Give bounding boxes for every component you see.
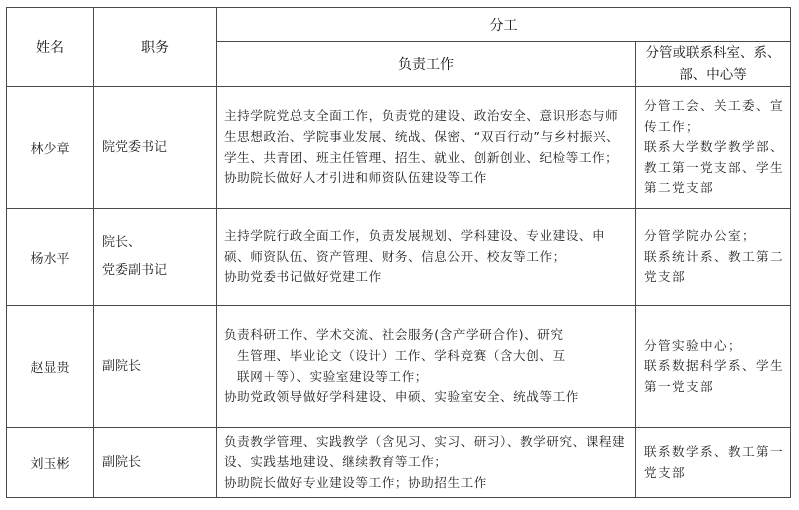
duty-item: 协助院长做好人才引进和师资队伍建设等工作 — [224, 168, 631, 189]
header-position: 职务 — [94, 8, 217, 87]
position-line: 院党委书记 — [102, 134, 216, 162]
header-units-line2: 部、中心等 — [636, 64, 790, 86]
cell-name: 赵显贵 — [7, 306, 94, 428]
duty-item: 协助党委书记做好党建工作 — [224, 267, 631, 288]
header-name: 姓名 — [7, 8, 94, 87]
cell-units: 分管学院办公室； 联系统计系、教工第二党支部 — [636, 209, 791, 306]
position-line: 副院长 — [102, 449, 216, 477]
cell-name: 杨水平 — [7, 209, 94, 306]
cell-units: 分管实验中心； 联系数据科学系、学生第一党支部 — [636, 306, 791, 428]
duty-item: 协助党政领导做好学科建设、申硕、实验室安全、统战等工作 — [224, 387, 631, 408]
cell-duties: 负责科研工作、学术交流、社会服务(含产学研合作)、研究 生管理、毕业论文（设计）… — [217, 306, 636, 428]
duty-item: 负责教学管理、实践教学（含见习、实习、研习）、教学研究、课程建设、实践基地建设、… — [224, 432, 631, 473]
position-line: 副院长 — [102, 353, 216, 381]
duty-item: 生管理、毕业论文（设计）工作、学科竞赛（含大创、互 — [224, 346, 631, 367]
header-duties: 负责工作 — [217, 42, 636, 87]
cell-name: 林少章 — [7, 87, 94, 209]
header-units: 分管或联系科室、系、 部、中心等 — [636, 42, 791, 87]
unit-item: 分管工会、关工委、宣传工作； — [644, 96, 786, 137]
cell-position: 院党委书记 — [94, 87, 217, 209]
position-line: 院长、 — [102, 229, 216, 257]
duty-item: 负责科研工作、学术交流、社会服务(含产学研合作)、研究 — [224, 325, 631, 346]
duty-item: 联网＋等）、实验室建设等工作； — [224, 367, 631, 388]
unit-item: 联系大学数学教学部、教工第一党支部、学生第二党支部 — [644, 137, 786, 199]
cell-units: 分管工会、关工委、宣传工作； 联系大学数学教学部、教工第一党支部、学生第二党支部 — [636, 87, 791, 209]
cell-position: 副院长 — [94, 306, 217, 428]
unit-item: 联系数据科学系、学生第一党支部 — [644, 356, 786, 397]
unit-item: 分管实验中心； — [644, 336, 786, 357]
cell-units: 联系数学系、教工第一党支部 — [636, 428, 791, 498]
cell-duties: 负责教学管理、实践教学（含见习、实习、研习）、教学研究、课程建设、实践基地建设、… — [217, 428, 636, 498]
table-row: 杨水平 院长、 党委副书记 主持学院行政全面工作，负责发展规划、学科建设、专业建… — [7, 209, 791, 306]
unit-item: 联系数学系、教工第一党支部 — [644, 442, 786, 483]
header-units-line1: 分管或联系科室、系、 — [636, 42, 790, 64]
duty-item: 主持学院行政全面工作，负责发展规划、学科建设、专业建设、申硕、师资队伍、资产管理… — [224, 226, 631, 267]
header-row-1: 姓名 职务 分工 — [7, 8, 791, 42]
duty-item: 主持学院党总支全面工作，负责党的建设、政治安全、意识形态与师生思想政治、学院事业… — [224, 106, 631, 168]
header-division: 分工 — [217, 8, 791, 42]
unit-item: 联系统计系、教工第二党支部 — [644, 247, 786, 288]
position-line: 党委副书记 — [102, 257, 216, 285]
cell-duties: 主持学院党总支全面工作，负责党的建设、政治安全、意识形态与师生思想政治、学院事业… — [217, 87, 636, 209]
cell-position: 院长、 党委副书记 — [94, 209, 217, 306]
cell-position: 副院长 — [94, 428, 217, 498]
table-row: 林少章 院党委书记 主持学院党总支全面工作，负责党的建设、政治安全、意识形态与师… — [7, 87, 791, 209]
division-of-work-table: 姓名 职务 分工 负责工作 分管或联系科室、系、 部、中心等 林少章 院党委书记… — [6, 7, 791, 498]
duty-item: 协助院长做好专业建设等工作；协助招生工作 — [224, 473, 631, 494]
cell-name: 刘玉彬 — [7, 428, 94, 498]
cell-duties: 主持学院行政全面工作，负责发展规划、学科建设、专业建设、申硕、师资队伍、资产管理… — [217, 209, 636, 306]
unit-item: 分管学院办公室； — [644, 226, 786, 247]
table-row: 赵显贵 副院长 负责科研工作、学术交流、社会服务(含产学研合作)、研究 生管理、… — [7, 306, 791, 428]
table-row: 刘玉彬 副院长 负责教学管理、实践教学（含见习、实习、研习）、教学研究、课程建设… — [7, 428, 791, 498]
